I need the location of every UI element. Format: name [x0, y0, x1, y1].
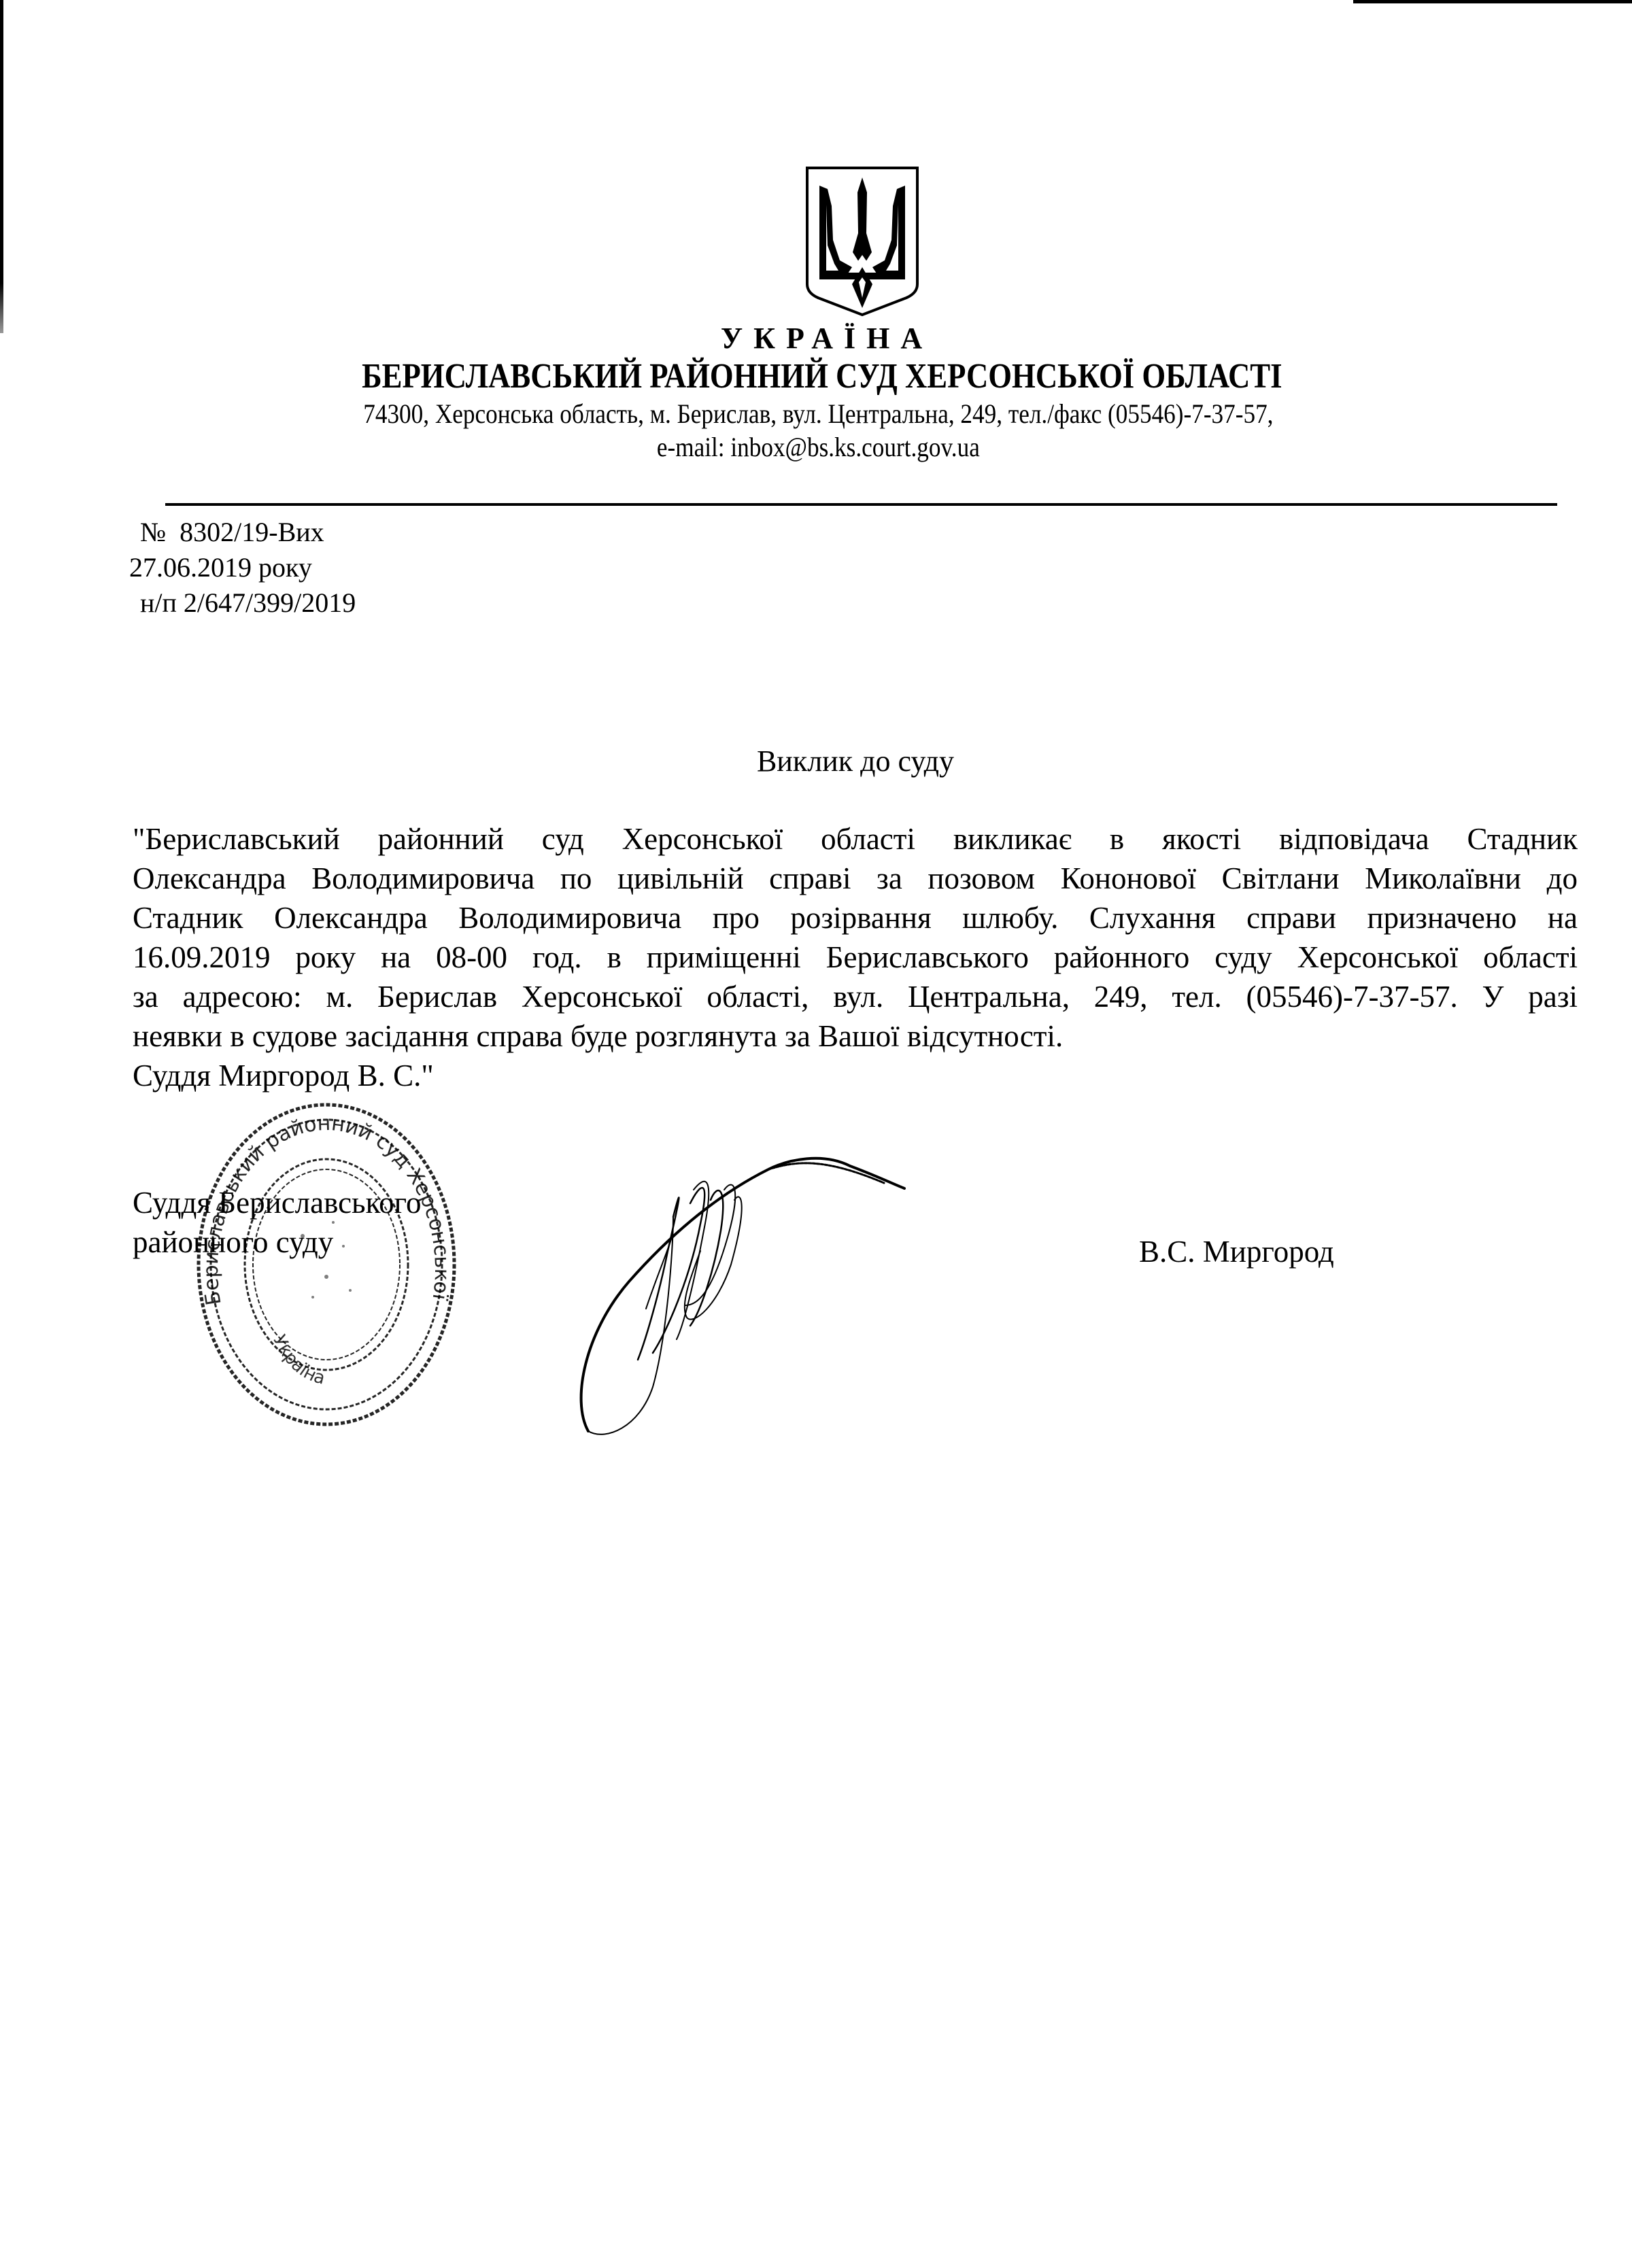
signer-position-line-2: районного суду	[133, 1222, 422, 1262]
signer-position-line-1: Суддя Бериславського	[133, 1183, 422, 1222]
country-heading: УКРАЇНА	[0, 320, 1632, 358]
registration-date: 27.06.2019 року	[129, 550, 356, 585]
document-body: "Бериславський районний суд Херсонської …	[133, 819, 1578, 1095]
scan-edge-artifact-left	[0, 0, 3, 333]
body-line: за адресою: м. Берислав Херсонської обла…	[133, 977, 1578, 1016]
signer-position: Суддя Бериславського районного суду	[133, 1183, 422, 1262]
svg-text:Україна: Україна	[269, 1332, 327, 1389]
round-seal-stamp-icon: Бериславський районний суд Херсонської о…	[194, 1100, 459, 1430]
body-line: "Бериславський районний суд Херсонської …	[133, 819, 1578, 859]
court-email: e-mail: inbox@bs.ks.court.gov.ua	[100, 430, 1536, 465]
scan-edge-artifact-top	[1353, 0, 1632, 3]
header-divider	[165, 503, 1557, 506]
trident-coat-of-arms-icon	[804, 165, 920, 318]
signer-name: В.С. Миргород	[1139, 1232, 1334, 1271]
registration-block: № 8302/19-Вих 27.06.2019 року н/п 2/647/…	[129, 515, 356, 621]
handwritten-signature	[564, 1142, 986, 1441]
court-address: 74300, Херсонська область, м. Берислав, …	[100, 396, 1536, 432]
body-line: Стадник Олександра Володимировича про ро…	[133, 898, 1578, 938]
court-name-heading: БЕРИСЛАВСЬКИЙ РАЙОННИЙ СУД ХЕРСОНСЬКОЇ О…	[120, 355, 1524, 398]
body-signoff: Суддя Миргород В. С."	[133, 1056, 1578, 1095]
case-reference: н/п 2/647/399/2019	[129, 585, 356, 621]
body-line: Олександра Володимировича по цивільній с…	[133, 859, 1578, 898]
outgoing-number: № 8302/19-Вих	[129, 515, 356, 550]
body-line: неявки в судове засідання справа буде ро…	[133, 1016, 1578, 1056]
body-line: 16.09.2019 року на 08-00 год. в приміщен…	[133, 938, 1578, 977]
stamp-bottom-text: Україна	[269, 1332, 327, 1389]
document-title: Виклик до суду	[0, 741, 1632, 782]
